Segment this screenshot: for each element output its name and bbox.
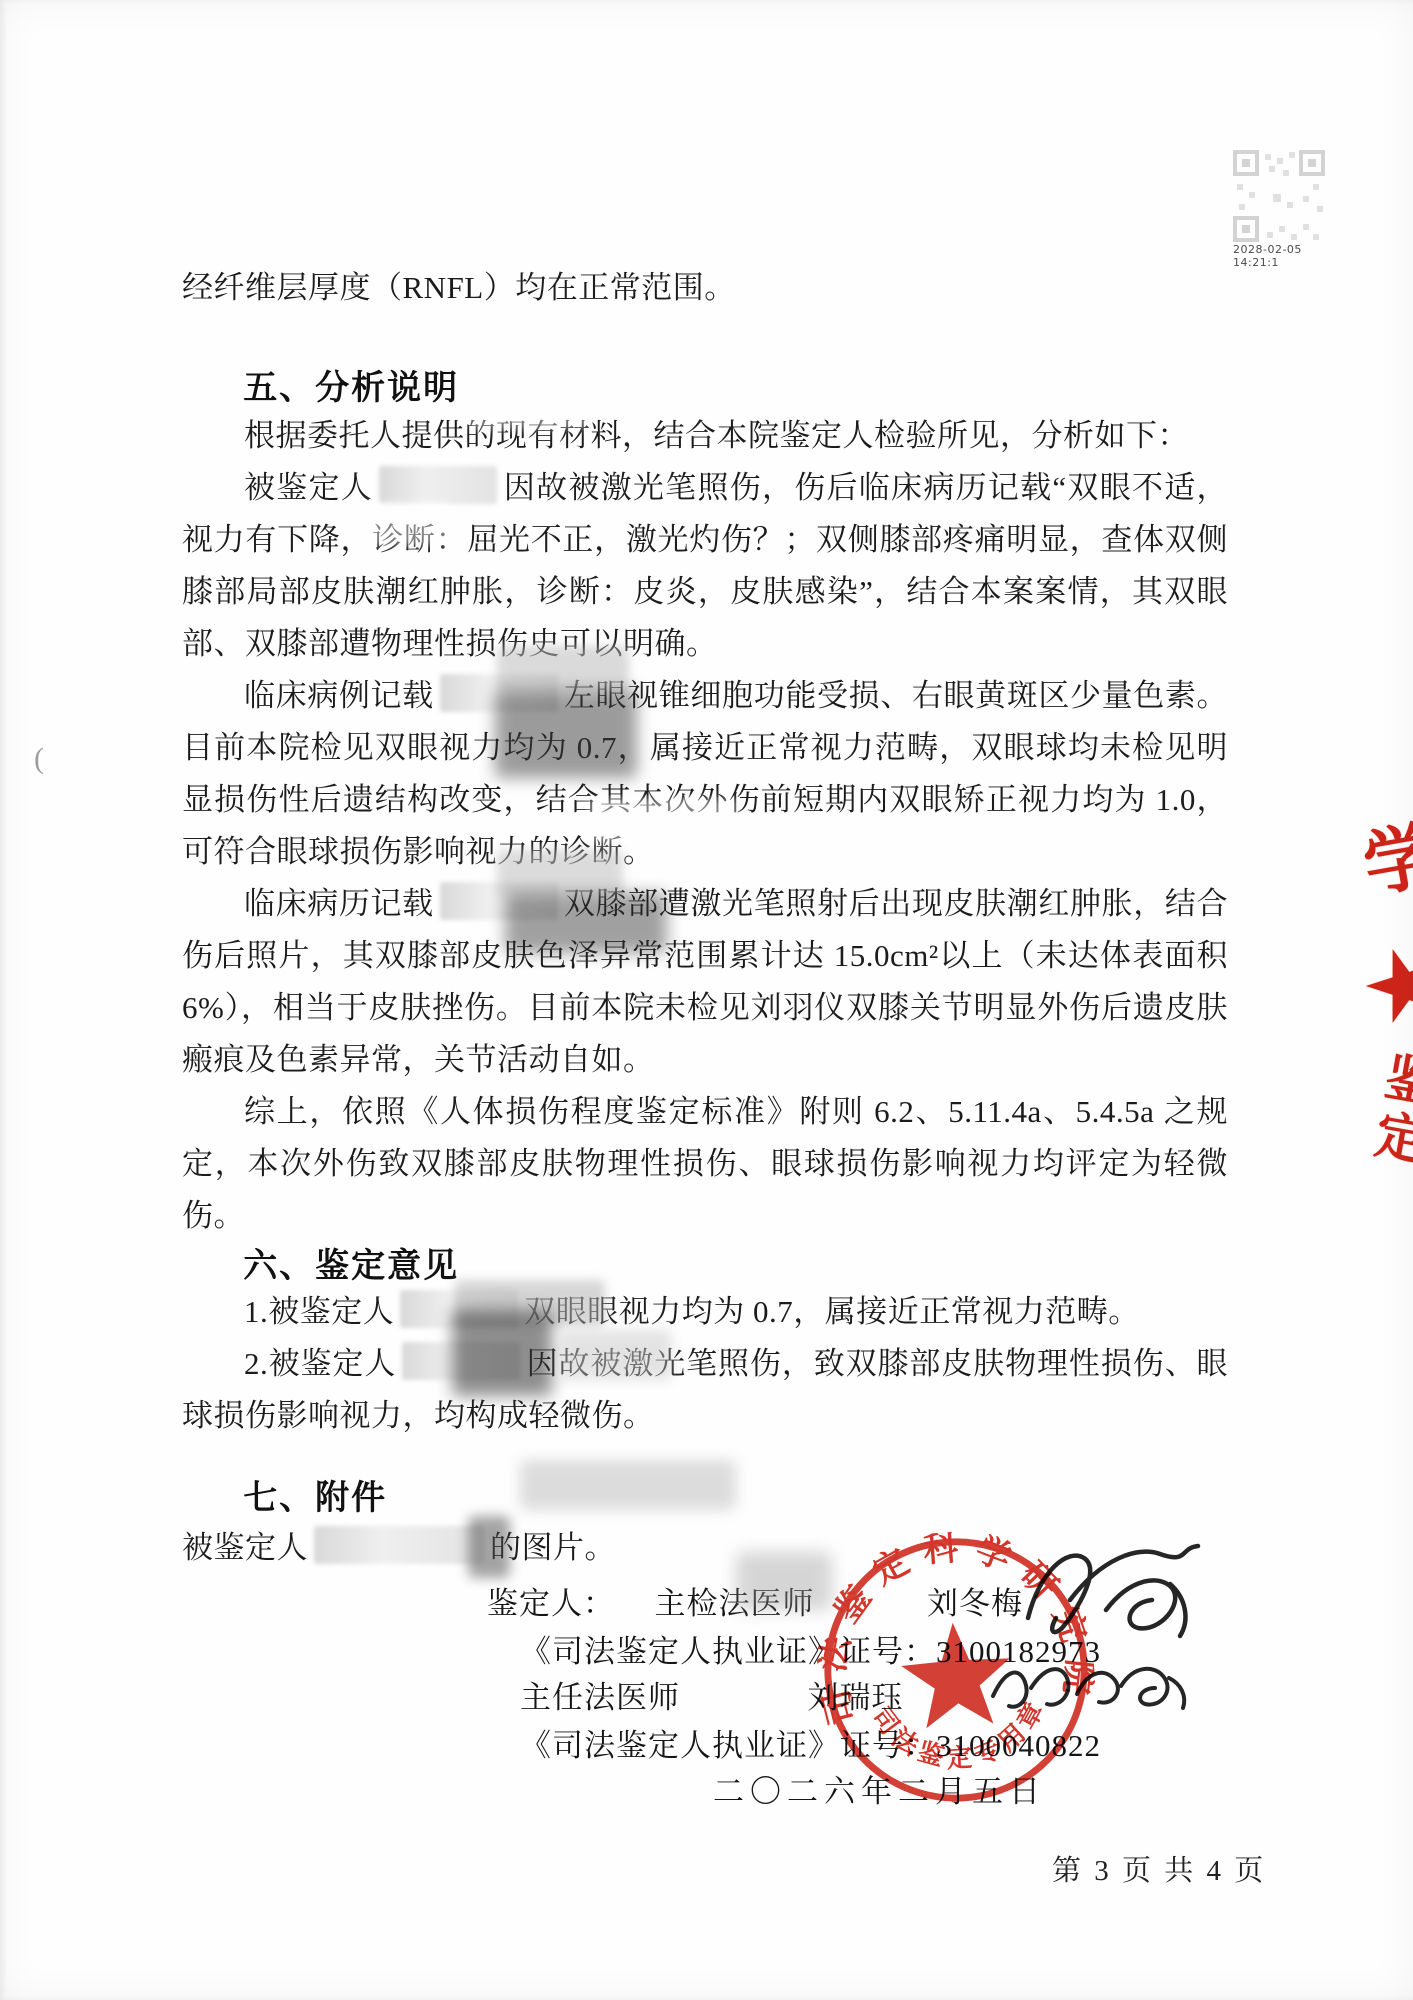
paragraph-text: 双眼眼视力均为 0.7，属接近正常视力范畴。: [524, 1294, 1140, 1329]
edge-stamp-fragment: 学: [1355, 797, 1413, 912]
section6-body: 1.被鉴定人双眼眼视力均为 0.7，属接近正常视力范畴。 2.被鉴定人因故被激光…: [182, 1286, 1228, 1442]
edge-stamp-fragment: 鉴定: [1354, 1046, 1413, 1173]
paragraph: 临床病例记载左眼视锥细胞功能受损、右眼黄斑区少量色素。目前本院检见双眼视力均为 …: [182, 670, 1228, 878]
paragraph-text: 被鉴定人: [244, 470, 373, 505]
qr-timestamp: 2028-02-05 14:21:1: [1233, 243, 1325, 269]
paragraph: 综上，依照《人体损伤程度鉴定标准》附则 6.2、5.11.4a、5.4.5a 之…: [182, 1086, 1228, 1242]
paragraph-text: 经纤维层厚度（RNFL）均在正常范围。: [182, 262, 1228, 314]
paragraph-text: 临床病例记载: [244, 678, 434, 713]
paragraph-text: 根据委托人提供的现有材料，结合本院鉴定人检验所见，分析如下：: [244, 418, 1189, 453]
redaction-blur: [440, 674, 558, 712]
edge-stamp-star-fragment: ★: [1346, 917, 1413, 1050]
paragraph-text: 临床病历记载: [244, 886, 434, 921]
official-round-seal: 司法鉴定科学研究院 司法鉴定专用章: [809, 1523, 1104, 1818]
redaction-blur: [379, 466, 497, 504]
appraiser-title: 主任法医师: [520, 1680, 680, 1715]
continuation-paragraph: 经纤维层厚度（RNFL）均在正常范围。: [182, 262, 1228, 314]
redaction-blur: [402, 1342, 520, 1380]
appraiser-label: 鉴定人：: [487, 1586, 615, 1621]
opinion-item: 2.被鉴定人因故被激光笔照伤，致双膝部皮肤物理性损伤、眼球损伤影响视力，均构成轻…: [182, 1338, 1228, 1442]
redaction-blur: [440, 882, 558, 920]
paragraph: 临床病历记载双膝部遭激光笔照射后出现皮肤潮红肿胀，结合伤后照片，其双膝部皮肤色泽…: [182, 878, 1228, 1086]
redaction-blur: [314, 1526, 484, 1564]
seal-star: [898, 1619, 1014, 1730]
redaction-blur: [400, 1290, 518, 1328]
section6-heading: 六、鉴定意见: [182, 1238, 1228, 1287]
paragraph-text: 被鉴定人: [182, 1530, 308, 1565]
appraiser-title: 主检法医师: [655, 1586, 815, 1621]
opinion-item: 1.被鉴定人双眼眼视力均为 0.7，属接近正常视力范畴。: [182, 1286, 1228, 1338]
qr-code-block: 2028-02-05 14:21:1: [1233, 150, 1325, 269]
section7-heading: 七、附件: [182, 1470, 1228, 1519]
qr-code-image: [1233, 150, 1325, 242]
section5-body: 根据委托人提供的现有材料，结合本院鉴定人检验所见，分析如下： 被鉴定人因故被激光…: [182, 410, 1228, 1242]
paragraph-text: 综上，依照《人体损伤程度鉴定标准》附则 6.2、5.11.4a、5.4.5a 之…: [182, 1094, 1228, 1233]
paragraph: 根据委托人提供的现有材料，结合本院鉴定人检验所见，分析如下：: [182, 410, 1228, 462]
scan-edge-artifact: (: [34, 742, 44, 776]
paragraph-text: 1.被鉴定人: [244, 1294, 394, 1329]
section5-heading: 五、分析说明: [182, 360, 1228, 409]
paragraph: 被鉴定人因故被激光笔照伤，伤后临床病历记载“双眼不适，视力有下降，诊断：屈光不正…: [182, 462, 1228, 670]
scanned-report-page: 2028-02-05 14:21:1 ( 经纤维层厚度（RNFL）均在正常范围。…: [0, 0, 1413, 2000]
page-number: 第 3 页 共 4 页: [1052, 1848, 1266, 1889]
paragraph-text: 的图片。: [490, 1530, 616, 1565]
paragraph-text: 2.被鉴定人: [244, 1346, 396, 1381]
